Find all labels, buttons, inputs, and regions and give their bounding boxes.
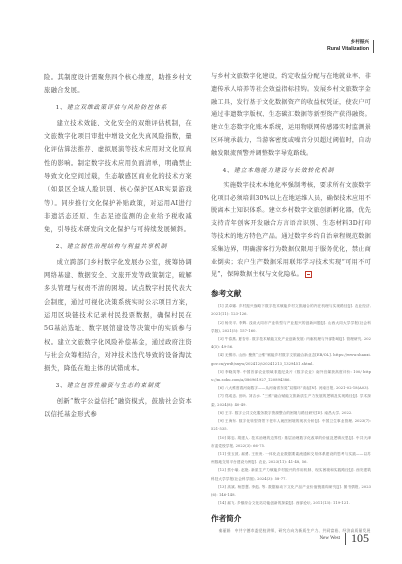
- subheading-4: 4、建立本地能力建设与长效转化机制: [211, 165, 371, 178]
- reference-item: [4] 无锡市, 山西: 聚焦“公维”赋能乡村数字文旅融合新业态[EB/OL].…: [211, 351, 371, 367]
- subheading-number: 2、: [56, 244, 67, 250]
- reference-item: [12] 蔡小瑜, 赵艳. 新质生产力赋能乡村振兴的作用机制、现实困境和实践路径…: [211, 466, 371, 482]
- subheading-title: 建立双维政策评估与风险防控体系: [67, 105, 167, 111]
- reference-item: [1] 武卓娜. 乡村振兴战略下数字技术赋能乡村文旅融合的内在机理与实现路径[J…: [211, 302, 371, 318]
- reference-item: [7] 郑成忠, 田昕, 刘吉水. “三维”融合赋能文旅新质生产力发展的逻辑及实…: [211, 392, 371, 408]
- reference-item: [6] 八大维度看河南数字——从河南省东莞“双循环”谈起[N]. 河南日报, 2…: [211, 384, 371, 392]
- subheading-title: 建立韧性治理结构与利益共享机制: [67, 244, 167, 250]
- subheading-2: 2、建立韧性治理结构与利益共享机制: [44, 241, 192, 254]
- subheading-3: 3、建立包容性融资与生态约束制度: [44, 380, 192, 393]
- body-paragraph-4: 实施数字技术本地化率强制考核，要求所有文旅数字化项目必须培训30%以上在地运维人…: [211, 180, 371, 282]
- body-paragraph-3: 创新“数字公益信托”融资模式，鼓励社会资本以信托基金形式参: [44, 395, 192, 422]
- body-paragraph-2: 成立跨部门乡村数字化发展办公室，统筹协调网络基建、数据安全、文旅开发等政策制定，…: [44, 256, 192, 376]
- left-column: 险。其制度设计需聚焦四个核心维度，助推乡村文旅融合发展。 1、建立双维政策评估与…: [44, 71, 192, 421]
- end-of-article-icon: [305, 271, 312, 278]
- section-label-en: Rural Vitalization: [327, 46, 369, 53]
- subheading-title: 建立包容性融资与生态约束制度: [67, 383, 161, 389]
- body-paragraph-1: 建立技术效能、文化安全的双维评估机制，在文旅数字化项目审批中增设文化失真风险指数…: [44, 117, 192, 237]
- author-heading: 作者简介: [211, 514, 371, 524]
- right-column: 与乡村文旅数字化建设，约定收益分配与在地就业率、非遗传承人培养等社会效益指标挂钩…: [211, 71, 371, 536]
- reference-item: [13] 高斌, 杨思慧, 李彪, 等. 数据驱动下文化产品产业价值链重构研究[…: [211, 483, 371, 499]
- page-number: 105: [351, 531, 369, 546]
- reference-item: [10] 陈忠, 胡建人. 技术治理的边界性: 基层治理数字化改革的价值及逻辑反…: [211, 434, 371, 450]
- page-footer: New West 105: [320, 531, 369, 546]
- running-header: 乡村振兴 Rural Vitalization: [327, 40, 369, 53]
- subheading-title: 建立本地能力建设与长效转化机制: [234, 168, 334, 174]
- reference-item: [11] 张玉波, 郝勇, 王世贵. 一体化农业数据要素流通和交易体系建设的思考…: [211, 450, 371, 466]
- reference-item: [14] 郝飞. 乡镇综合文化站功能创新的探索[J]. 西部论坛, 2011(1…: [211, 499, 371, 507]
- subheading-number: 1、: [56, 105, 67, 111]
- references-heading: 参考文献: [211, 289, 371, 299]
- continued-paragraph: 与乡村文旅数字化建设，约定收益分配与在地就业率、非遗传承人培养等社会效益指标挂钩…: [211, 71, 371, 161]
- footer-divider: [345, 533, 346, 545]
- header-divider: [373, 40, 374, 53]
- magazine-name: New West: [320, 536, 340, 541]
- subheading-1: 1、建立双维政策评估与风险防控体系: [44, 102, 192, 115]
- reference-item: [8] 王宇. 数字公共文化服务数字资源整合的困境与路径研究[D]. 南昌大学,…: [211, 409, 371, 417]
- reference-item: [9] 王海东. 数字化转型背景下老年人就医困境的现状分析[J]. 中国卫生事业…: [211, 417, 371, 433]
- reference-item: [3] 牛春燕, 夏杏东. 数字技术赋能文化产业创新发展: 内驱机理与外部影响[…: [211, 335, 371, 351]
- body-text: 实施数字技术本地化率强制考核，要求所有文旅数字化项目必须培训30%以上在地运维人…: [211, 182, 371, 279]
- subheading-number: 4、: [223, 168, 234, 174]
- reference-item: [2] 杨安平, 李辉. 浅谈大同市产业转型与产业振兴的创新问题[J]. 山西大…: [211, 319, 371, 335]
- subheading-number: 3、: [56, 383, 67, 389]
- reference-item: [5] 李晓英等. 中国首部农业领域非遗纪录片《数字农业》南外官媒获高度评价: …: [211, 368, 371, 384]
- intro-paragraph: 险。其制度设计需聚焦四个核心维度，助推乡村文旅融合发展。: [44, 71, 192, 98]
- references-list: [1] 武卓娜. 乡村振兴战略下数字技术赋能乡村文旅融合的内在机理与实现路径[J…: [211, 302, 371, 507]
